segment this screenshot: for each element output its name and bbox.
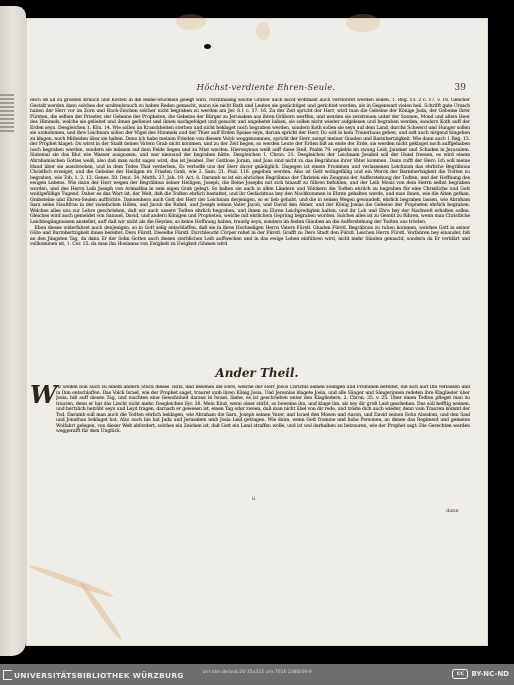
paper-stain [28,563,115,599]
page-number: 39 [455,83,466,93]
paragraph: Ar wollen nun auch zu einem andern Stück… [56,385,470,505]
running-title: Höchst-verdiente Ehren-Seule. [166,83,366,93]
section-heading: Ander Theil. [26,366,488,380]
signature-mark: ii [252,496,255,502]
paper-stain [346,14,380,32]
catchword: dann [446,508,459,514]
paragraph-text: doch ob all zu grossen Brauch und Kosten… [30,98,470,225]
paragraph: doch ob all zu grossen Brauch und Kosten… [30,98,470,360]
creative-commons-icon: cc [452,669,468,679]
viewer-footer: UNIVERSITÄTSBIBLIOTHEK WÜRZBURG urn:nbn:… [0,664,514,685]
previous-page-edge [0,6,26,656]
urn-identifier: urn:nbn:de:bvb:20-35a315 urn:7616 2380/3… [0,670,514,675]
paragraph-text: Eben dieses widerfahret auch denjenigen,… [30,226,470,248]
paper-stain [176,14,206,30]
paper-stain [256,22,270,40]
document-viewer: Höchst-verdiente Ehren-Seule. 39 doch ob… [0,0,514,664]
previous-page-text-fragment [0,94,14,134]
drop-cap: W [30,383,54,407]
book-page: Höchst-verdiente Ehren-Seule. 39 doch ob… [26,18,488,646]
running-head: Höchst-verdiente Ehren-Seule. 39 [26,83,488,97]
license-label: BY-NC-ND [471,670,509,678]
ink-blot [204,44,211,49]
license-badge[interactable]: cc BY-NC-ND [452,669,509,679]
